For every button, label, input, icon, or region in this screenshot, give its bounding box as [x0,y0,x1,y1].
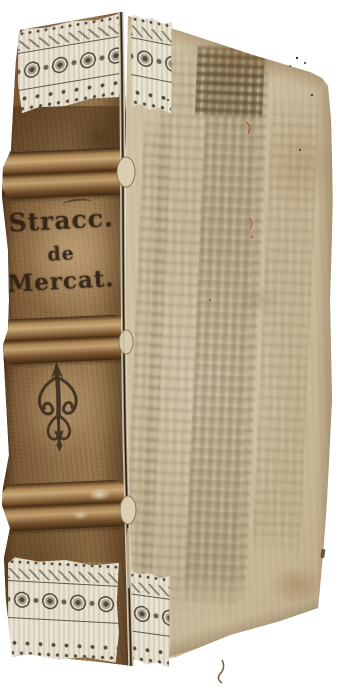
tie-remnant-thread [218,660,223,683]
cover-fore-edge-shade [316,80,332,610]
spine-title-line-1: Stracc. [3,203,118,238]
book-photograph: Photograph of an antique folio volume bo… [0,0,363,700]
raised-band [0,147,132,200]
raised-band [0,479,132,532]
spine-headcap [0,106,134,154]
fleur-de-lis-ornament [28,359,87,453]
lace-paper-tail-spine [8,557,119,663]
lace-paper-head-cover [131,14,172,114]
raised-band [0,314,132,365]
lace-paper-tail-cover [128,570,170,668]
spine-tailpiece [0,528,134,562]
